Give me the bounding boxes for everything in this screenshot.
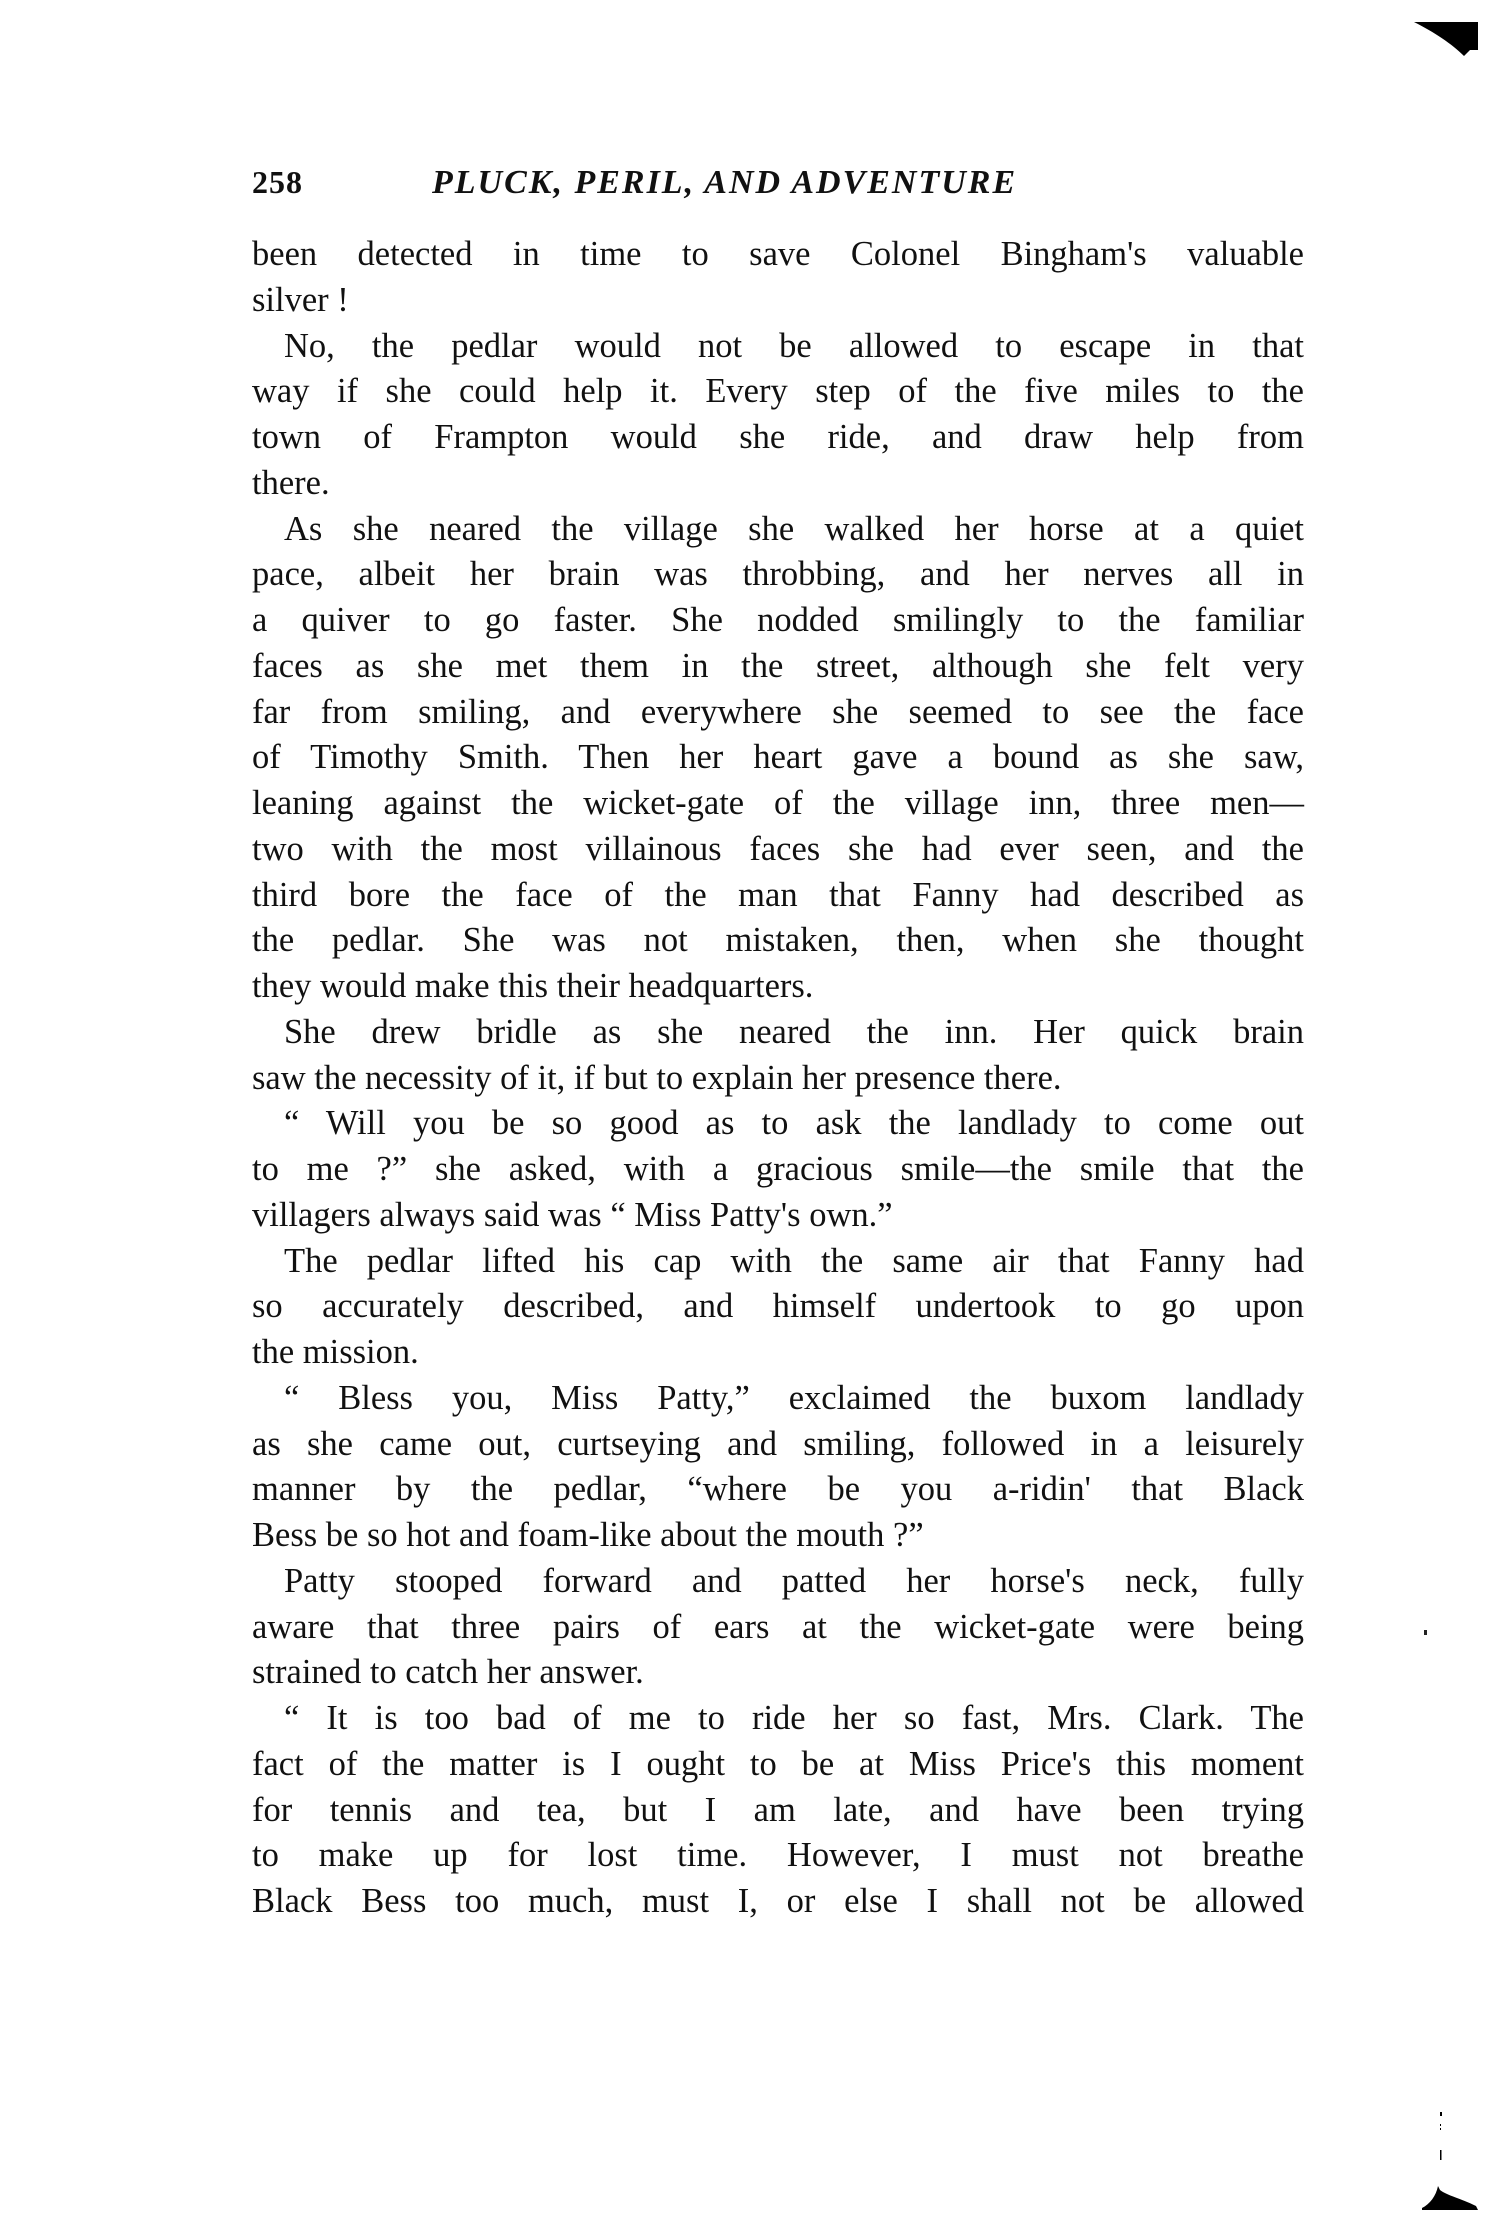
text-line: to me ?” she asked, with a gracious smil… — [252, 1147, 1304, 1193]
text-line: the pedlar. She was not mistaken, then, … — [252, 918, 1304, 964]
text-line: saw the necessity of it, if but to expla… — [252, 1056, 1304, 1102]
page-number: 258 — [252, 164, 303, 201]
text-line: aware that three pairs of ears at the wi… — [252, 1605, 1304, 1651]
text-line: town of Frampton would she ride, and dra… — [252, 415, 1304, 461]
running-title: PLUCK, PERIL, AND ADVENTURE — [432, 164, 1017, 202]
text-line: “ It is too bad of me to ride her so fas… — [252, 1696, 1304, 1742]
text-line: way if she could help it. Every step of … — [252, 369, 1304, 415]
text-line: been detected in time to save Colonel Bi… — [252, 232, 1304, 278]
body-text: been detected in time to save Colonel Bi… — [252, 232, 1304, 1925]
text-line: villagers always said was “ Miss Patty's… — [252, 1193, 1304, 1239]
text-line: She drew bridle as she neared the inn. H… — [252, 1010, 1304, 1056]
scan-speck — [1424, 1630, 1427, 1635]
text-line: fact of the matter is I ought to be at M… — [252, 1742, 1304, 1788]
text-line: they would make this their headquarters. — [252, 964, 1304, 1010]
text-line: As she neared the village she walked her… — [252, 507, 1304, 553]
text-line: faces as she met them in the street, alt… — [252, 644, 1304, 690]
text-line: silver ! — [252, 278, 1304, 324]
text-line: “ Bless you, Miss Patty,” exclaimed the … — [252, 1376, 1304, 1422]
text-line: two with the most villainous faces she h… — [252, 827, 1304, 873]
text-line: far from smiling, and everywhere she see… — [252, 690, 1304, 736]
text-line: the mission. — [252, 1330, 1304, 1376]
text-line: Black Bess too much, must I, or else I s… — [252, 1879, 1304, 1925]
text-line: a quiver to go faster. She nodded smilin… — [252, 598, 1304, 644]
text-line: third bore the face of the man that Fann… — [252, 873, 1304, 919]
text-line: “ Will you be so good as to ask the land… — [252, 1101, 1304, 1147]
text-line: No, the pedlar would not be allowed to e… — [252, 324, 1304, 370]
text-line: there. — [252, 461, 1304, 507]
text-line: The pedlar lifted his cap with the same … — [252, 1239, 1304, 1285]
scan-bottom-corner-mark-icon — [1420, 2100, 1480, 2220]
text-line: Patty stooped forward and patted her hor… — [252, 1559, 1304, 1605]
text-line: Bess be so hot and foam-like about the m… — [252, 1513, 1304, 1559]
text-line: so accurately described, and himself und… — [252, 1284, 1304, 1330]
text-line: strained to catch her answer. — [252, 1650, 1304, 1696]
book-page: 258 PLUCK, PERIL, AND ADVENTURE been det… — [0, 0, 1498, 2236]
text-line: pace, albeit her brain was throbbing, an… — [252, 552, 1304, 598]
text-line: of Timothy Smith. Then her heart gave a … — [252, 735, 1304, 781]
text-line: to make up for lost time. However, I mus… — [252, 1833, 1304, 1879]
scan-corner-mark-icon — [1412, 20, 1480, 60]
text-line: as she came out, curtseying and smiling,… — [252, 1422, 1304, 1468]
text-line: for tennis and tea, but I am late, and h… — [252, 1788, 1304, 1834]
text-line: manner by the pedlar, “where be you a-ri… — [252, 1467, 1304, 1513]
running-head: 258 PLUCK, PERIL, AND ADVENTURE — [252, 160, 1312, 210]
text-line: leaning against the wicket-gate of the v… — [252, 781, 1304, 827]
